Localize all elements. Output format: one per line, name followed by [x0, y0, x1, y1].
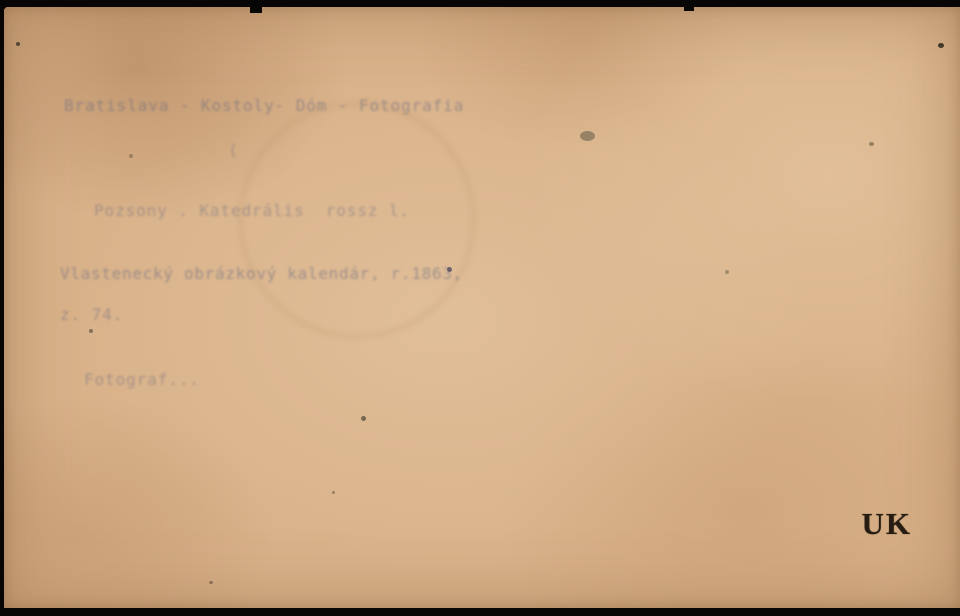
scan-speck: [938, 43, 944, 48]
bleedthrough-line: Pozsony . Katedrális rossz l.: [94, 201, 410, 220]
bleedthrough-line: z. 74.: [60, 305, 123, 324]
embossed-ring: [239, 102, 475, 338]
bleedthrough-line: Vlastenecký obrázkový kalendár, r.1863,: [60, 264, 463, 283]
scan-speck: [250, 0, 262, 13]
scan-speck: [129, 154, 133, 158]
scan-edge-left: [0, 0, 4, 616]
scan-edge-top: [0, 0, 960, 7]
scanned-card: Bratislava - Kostoly- Dóm - Fotografia(P…: [0, 0, 960, 616]
scan-speck: [869, 142, 874, 146]
library-stamp: UK: [862, 506, 913, 542]
scan-speck: [89, 329, 93, 333]
scan-speck: [209, 581, 213, 584]
scan-speck: [16, 42, 20, 46]
scan-speck: [332, 491, 335, 494]
bleedthrough-line: Bratislava - Kostoly- Dóm - Fotografia: [64, 96, 464, 115]
scan-speck: [725, 270, 729, 274]
scan-speck: [684, 0, 694, 11]
scan-edge-bottom: [0, 608, 960, 616]
scan-speck: [361, 416, 366, 421]
card-paper: Bratislava - Kostoly- Dóm - Fotografia(P…: [4, 7, 960, 608]
scan-speck: [580, 131, 595, 141]
bleedthrough-line: (: [228, 141, 238, 161]
bleedthrough-line: Fotograf...: [84, 370, 200, 389]
scan-speck: [447, 267, 452, 272]
